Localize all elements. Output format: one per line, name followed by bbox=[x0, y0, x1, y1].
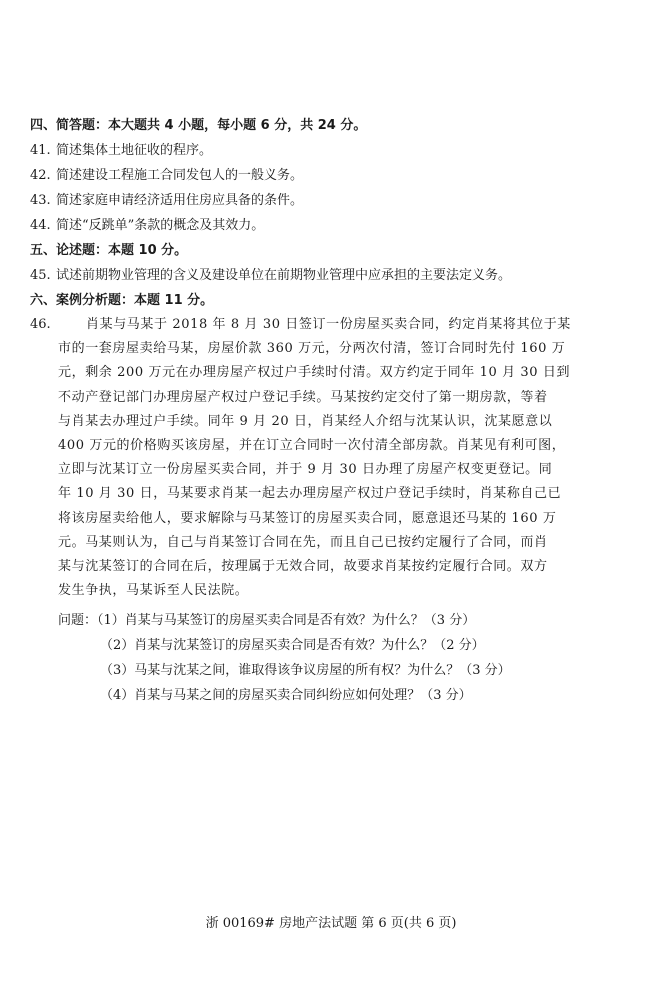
question-46-number: 46. bbox=[30, 316, 51, 334]
case-question-4: （4）肖某与马某之间的房屋买卖合同纠纷应如何处理？（3 分） bbox=[100, 687, 472, 705]
question-number: 42. bbox=[30, 167, 56, 185]
question-number: 45. bbox=[30, 267, 56, 285]
section-4-heading: 四、简答题：本大题共 4 小题，每小题 6 分，共 24 分。 bbox=[30, 117, 366, 135]
case-line: 400 万元的价格购买该房屋，并在订立合同时一次付清全部房款。肖某见有利可图， bbox=[58, 434, 578, 458]
case-line: 不动产登记部门办理房屋产权过户登记手续。马某按约定交付了第一期房款，等着 bbox=[58, 386, 578, 410]
case-line: 元。马某则认为，自己与肖某签订合同在先，而且自己已按约定履行了合同，而肖 bbox=[58, 531, 578, 555]
question-42: 42.简述建设工程施工合同发包人的一般义务。 bbox=[30, 167, 303, 185]
question-number: 44. bbox=[30, 217, 56, 235]
case-line: 立即与沈某订立一份房屋买卖合同，并于 9 月 30 日办理了房屋产权变更登记。同 bbox=[58, 458, 578, 482]
case-question-1: 问题：（1）肖某与马某签订的房屋买卖合同是否有效？为什么？（3 分） bbox=[58, 612, 475, 630]
question-text: 简述“反跳单”条款的概念及其效力。 bbox=[56, 218, 264, 233]
case-line: 肖某与马某于 2018 年 8 月 30 日签订一份房屋买卖合同，约定肖某将其位… bbox=[58, 313, 578, 337]
case-description: 肖某与马某于 2018 年 8 月 30 日签订一份房屋买卖合同，约定肖某将其位… bbox=[58, 313, 578, 603]
question-text: 试述前期物业管理的含义及建设单位在前期物业管理中应承担的主要法定义务。 bbox=[56, 268, 511, 283]
question-41: 41.简述集体土地征收的程序。 bbox=[30, 142, 212, 160]
section-5-heading: 五、论述题：本题 10 分。 bbox=[30, 242, 187, 260]
question-number: 43. bbox=[30, 192, 56, 210]
exam-page: 四、简答题：本大题共 4 小题，每小题 6 分，共 24 分。 41.简述集体土… bbox=[0, 0, 662, 982]
question-text: 简述家庭申请经济适用住房应具备的条件。 bbox=[56, 193, 303, 208]
section-6-heading: 六、案例分析题：本题 11 分。 bbox=[30, 292, 213, 310]
question-text: 简述建设工程施工合同发包人的一般义务。 bbox=[56, 168, 303, 183]
case-line: 某与沈某签订的合同在后，按理属于无效合同，故要求肖某按约定履行合同。双方 bbox=[58, 555, 578, 579]
case-line: 元，剩余 200 万元在办理房屋产权过户手续时付清。双方约定于同年 10 月 3… bbox=[58, 361, 578, 385]
case-line: 将该房屋卖给他人，要求解除与马某签订的房屋买卖合同，愿意退还马某的 160 万 bbox=[58, 507, 578, 531]
question-43: 43.简述家庭申请经济适用住房应具备的条件。 bbox=[30, 192, 303, 210]
question-44: 44.简述“反跳单”条款的概念及其效力。 bbox=[30, 217, 264, 235]
question-number: 41. bbox=[30, 142, 56, 160]
page-footer: 浙 00169# 房地产法试题 第 6 页(共 6 页) bbox=[0, 912, 662, 931]
case-line: 与肖某去办理过户手续。同年 9 月 20 日，肖某经人介绍与沈某认识，沈某愿意以 bbox=[58, 410, 578, 434]
case-question-3: （3）马某与沈某之间，谁取得该争议房屋的所有权？为什么？（3 分） bbox=[100, 662, 511, 680]
case-line: 发生争执，马某诉至人民法院。 bbox=[58, 579, 578, 603]
case-question-text: （1）肖某与马某签订的房屋买卖合同是否有效？为什么？（3 分） bbox=[97, 613, 475, 628]
case-line: 市的一套房屋卖给马某，房屋价款 360 万元，分两次付清，签订合同时先付 160… bbox=[58, 337, 578, 361]
case-line: 年 10 月 30 日，马某要求肖某一起去办理房屋产权过户登记手续时，肖某称自己… bbox=[58, 482, 578, 506]
question-45: 45.试述前期物业管理的含义及建设单位在前期物业管理中应承担的主要法定义务。 bbox=[30, 267, 511, 285]
case-question-2: （2）肖某与沈某签订的房屋买卖合同是否有效？为什么？（2 分） bbox=[100, 637, 485, 655]
questions-label: 问题： bbox=[58, 613, 97, 628]
question-text: 简述集体土地征收的程序。 bbox=[56, 143, 212, 158]
